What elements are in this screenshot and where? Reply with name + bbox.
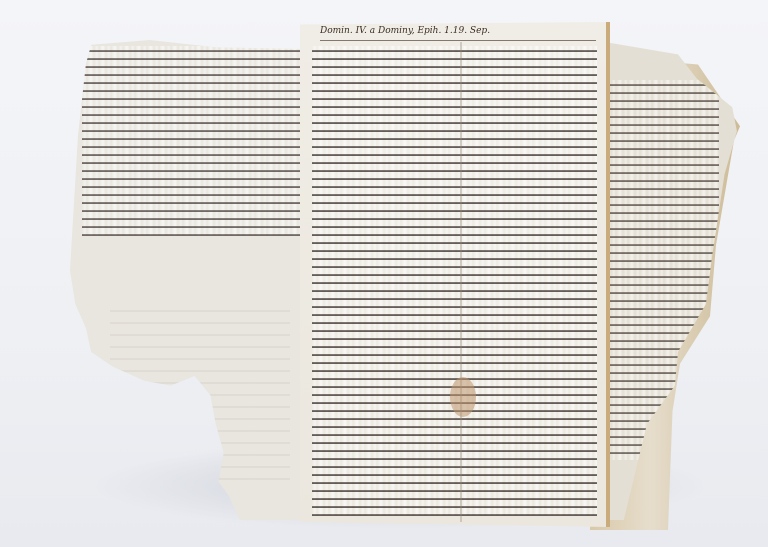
manuscript-photo: Domin. IV. a Dominy, Epih. 1.19. Sep.	[0, 0, 768, 547]
handwriting-block-left	[82, 46, 322, 236]
handwriting-block-center	[312, 46, 597, 516]
center-page: Domin. IV. a Dominy, Epih. 1.19. Sep.	[300, 22, 610, 527]
handwriting-block-right	[599, 80, 719, 460]
water-stain	[450, 377, 476, 417]
page-fold-line	[460, 42, 462, 522]
page-header-text: Domin. IV. a Dominy, Epih. 1.19. Sep.	[320, 26, 596, 41]
